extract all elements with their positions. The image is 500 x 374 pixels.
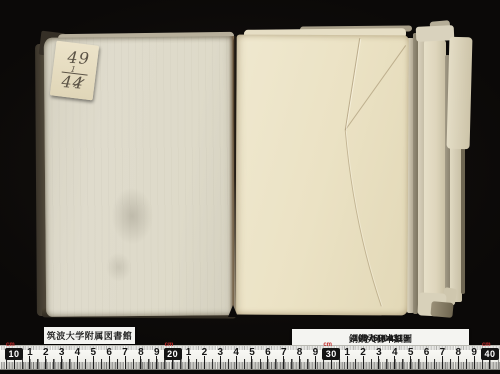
ruler-digit: 8 [453,347,463,358]
gutter-shadow [229,36,237,316]
ruler-digit: 4 [390,347,400,358]
ruler-half-tick [466,359,467,369]
ruler-half-tick [386,359,387,369]
ruler-digit: 2 [358,347,368,358]
ruler-decade-label: 30 [322,348,340,360]
ruler-digit: 1 [25,347,35,358]
ruler-half-tick [85,359,86,369]
ruler-digit: 7 [279,347,289,358]
ruler-unit-label: cm [165,342,179,348]
ruler-decade-label: 10 [5,348,23,360]
ruler-decade-label: 40 [481,348,499,360]
gutter-notch [228,305,238,317]
ruler-half-tick [196,359,197,369]
ruler-half-tick [434,359,435,369]
ruler-mm-ticks [0,362,500,369]
ruler-decade-label: 20 [164,348,182,360]
library-label: 筑波大学附属図書館 [44,327,135,344]
ruler-half-tick [228,359,229,369]
ruler-digit: 1 [184,347,194,358]
ruler-unit-label: cm [323,342,337,348]
page-stain [111,187,154,245]
item-barcode: 10076904318 [353,333,408,343]
ruler-digit: 3 [57,347,67,358]
ruler-digit: 9 [310,347,320,358]
ruler-half-tick [450,359,451,369]
ruler-half-tick [260,359,261,369]
ruler-digit: 9 [469,347,479,358]
ruler-digit: 5 [406,347,416,358]
ruler-digit: 6 [422,347,432,358]
ruler-half-tick [180,359,181,369]
ruler-half-tick [148,359,149,369]
ruler-digit: 3 [215,347,225,358]
stack-strip [424,40,446,307]
ruler-digit: 2 [41,347,51,358]
right-page [235,35,408,316]
ruler-half-tick [164,359,165,369]
ruler-digit: 7 [437,347,447,358]
ruler-digit: 7 [120,347,130,358]
ruler-half-tick [212,359,213,369]
ruler-half-tick [355,359,356,369]
ruler-half-tick [69,359,70,369]
ruler-half-tick [101,359,102,369]
ruler-digit: 5 [247,347,257,358]
call-number-denominator: 44 [61,74,85,91]
ruler-half-tick [117,359,118,369]
ruler-half-tick [339,359,340,369]
ruler-half-tick [307,359,308,369]
ruler-digit: 2 [199,347,209,358]
ruler-digit: 8 [136,347,146,358]
ruler-digit: 8 [295,347,305,358]
photo-scene: 49 1 44 筑波大学附属図書館 ネ040-43 銅鐫 [0,0,500,374]
loose-leaf-bottom-dark [430,301,453,318]
ruler-digit: 4 [231,347,241,358]
ruler-half-tick [371,359,372,369]
page-stain [106,252,132,282]
ruler-digit: 4 [72,347,82,358]
ruler: 10cm12345678920cm12345678930cm1234567894… [0,345,500,370]
ruler-digit: 1 [342,347,352,358]
library-label-text: 筑波大学附属図書館 [47,329,133,342]
ruler-half-tick [275,359,276,369]
ruler-half-tick [133,359,134,369]
ruler-digit: 6 [263,347,273,358]
call-number-label: 49 1 44 [50,41,99,101]
ruler-unit-label: cm [6,342,20,348]
ruler-half-tick [22,359,23,369]
ruler-unit-label: cm [482,342,496,348]
ruler-digit: 6 [104,347,114,358]
ruler-half-tick [291,359,292,369]
ruler-half-tick [37,359,38,369]
crease-lines [235,35,408,317]
ruler-digit: 5 [88,347,98,358]
ruler-half-tick [482,359,483,369]
ruler-half-tick [402,359,403,369]
ruler-half-tick [53,359,54,369]
loose-leaf-right [447,37,473,150]
ruler-digit: 9 [152,347,162,358]
ruler-half-tick [323,359,324,369]
ruler-digit: 3 [374,347,384,358]
ruler-half-tick [418,359,419,369]
ruler-half-tick [6,359,7,369]
ruler-half-tick [244,359,245,369]
